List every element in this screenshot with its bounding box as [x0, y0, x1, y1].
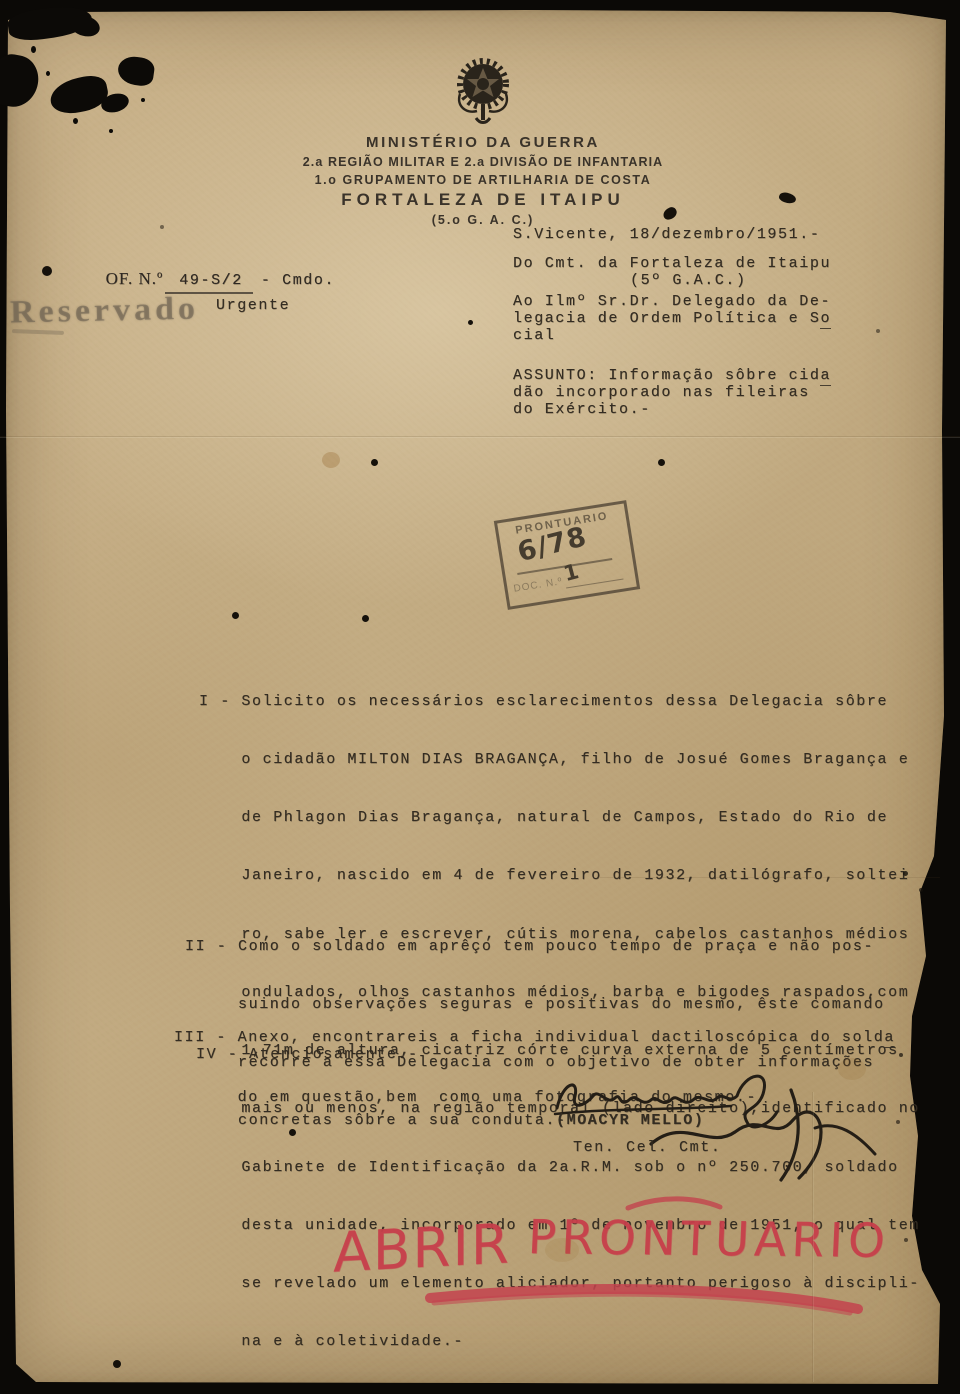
paper-crease: [812, 1092, 813, 1382]
ink-speck: [903, 871, 908, 876]
ink-speck: [896, 1120, 900, 1124]
subject-line1: ASSUNTO: Informação sôbre cida: [513, 367, 831, 384]
office-number-label: OF. N.º: [106, 269, 164, 288]
recipient-line3: cial: [513, 327, 555, 344]
red-annotation-word2: PRONTUARIO: [527, 1210, 891, 1269]
sender-line2: (5º G.A.C.): [630, 272, 747, 289]
paper-stain: [838, 1058, 866, 1080]
prontuario-stamp: PRONTUARIO 6/78 1 DOC. N.º: [494, 500, 640, 610]
paragraph-3-line: III - Anexo, encontrareis a ficha indivi…: [174, 1028, 895, 1048]
scanned-document-page: MINISTÉRIO DA GUERRA 2.a REGIÃO MILITAR …: [0, 0, 960, 1394]
office-number-suffix: - Cmdo.: [261, 272, 335, 289]
damage-blob: [141, 98, 145, 102]
ink-speck: [658, 459, 665, 466]
paragraph-3-line1-text: III - Anexo, encontrareis a ficha indivi…: [174, 1029, 884, 1046]
paragraph-4: IV - Atenciosamente.-: [196, 1046, 419, 1063]
stamp-smudge: [12, 329, 64, 335]
damage-blob: [73, 118, 78, 124]
grouping-line: 1.o GRUPAMENTO DE ARTILHARIA DE COSTA: [183, 173, 783, 187]
ink-speck: [232, 612, 239, 619]
ink-speck: [42, 266, 52, 276]
ink-speck: [876, 329, 880, 333]
paper-stain: [545, 1238, 579, 1262]
recipient-line2-text: legacia de Ordem Política e S: [513, 310, 820, 327]
ink-speck: [899, 1053, 903, 1057]
paragraph-1-line: o cidadão MILTON DIAS BRAGANÇA, filho de…: [199, 750, 920, 769]
paragraph-2-line: II - Como o soldado em aprêço tem pouco …: [185, 937, 885, 956]
damage-blob: [46, 71, 50, 76]
ink-speck: [289, 1129, 296, 1136]
paragraph-3: III - Anexo, encontrareis a ficha indivi…: [174, 988, 895, 1148]
paper-crease: [0, 436, 960, 437]
ink-speck: [371, 459, 378, 466]
signer-name: (MOACYR MELLO): [556, 1112, 704, 1129]
recipient-line2-underlined: o: [820, 310, 831, 329]
red-annotation-word1: ABRIR: [333, 1211, 511, 1284]
subject-line2: dão incorporado nas fileiras: [513, 384, 810, 401]
ink-speck: [919, 888, 923, 892]
document-content: MINISTÉRIO DA GUERRA 2.a REGIÃO MILITAR …: [0, 0, 960, 1394]
brazil-crest-icon: [452, 56, 514, 130]
signer-title: Ten. Cel. Cmt.: [573, 1139, 721, 1156]
ink-speck: [160, 225, 164, 229]
reservado-stamp: Reservado: [10, 291, 200, 331]
letterhead: MINISTÉRIO DA GUERRA 2.a REGIÃO MILITAR …: [183, 56, 783, 227]
damage-blob: [109, 129, 113, 133]
damage-blob: [31, 46, 36, 53]
recipient-line2: legacia de Ordem Política e So: [513, 310, 831, 327]
subject-line3: do Exército.-: [513, 401, 651, 418]
ink-speck: [904, 1238, 908, 1242]
urgency-label: Urgente: [216, 297, 290, 314]
paragraph-1-line: de Phlagon Dias Bragança, natural de Cam…: [199, 808, 920, 827]
unit-line: (5.o G. A. C.): [183, 213, 783, 227]
damage-blob: [0, 51, 42, 110]
region-line: 2.a REGIÃO MILITAR E 2.a DIVISÃO DE INFA…: [183, 155, 783, 169]
damage-blob: [47, 72, 111, 117]
damage-blob: [68, 12, 102, 39]
subject-line1-underlined: a: [820, 367, 831, 386]
ink-speck: [468, 320, 473, 325]
doc-number-label: DOC. N.º: [513, 576, 564, 595]
ink-speck: [362, 615, 369, 622]
paragraph-3-line: do em questão,bem como uma fotografia do…: [174, 1088, 895, 1108]
paragraph-1-line: I - Solicito os necessários esclarecimen…: [199, 692, 920, 711]
sender-line1: Do Cmt. da Fortaleza de Itaipu: [513, 255, 831, 272]
recipient-line1: Ao Ilmº Sr.Dr. Delegado da De-: [513, 293, 831, 310]
ministry-line: MINISTÉRIO DA GUERRA: [183, 134, 783, 151]
paragraph-3-line1-underlined: a: [884, 1029, 895, 1048]
ink-speck: [113, 1360, 121, 1368]
damage-blob: [116, 55, 156, 88]
subject-line1-text: ASSUNTO: Informação sôbre cid: [513, 367, 820, 384]
fortress-line: FORTALEZA DE ITAIPU: [183, 190, 783, 210]
dateline: S.Vicente, 18/dezembro/1951.-: [513, 226, 820, 243]
paper-stain: [322, 452, 340, 468]
paper-crease: [600, 877, 940, 878]
